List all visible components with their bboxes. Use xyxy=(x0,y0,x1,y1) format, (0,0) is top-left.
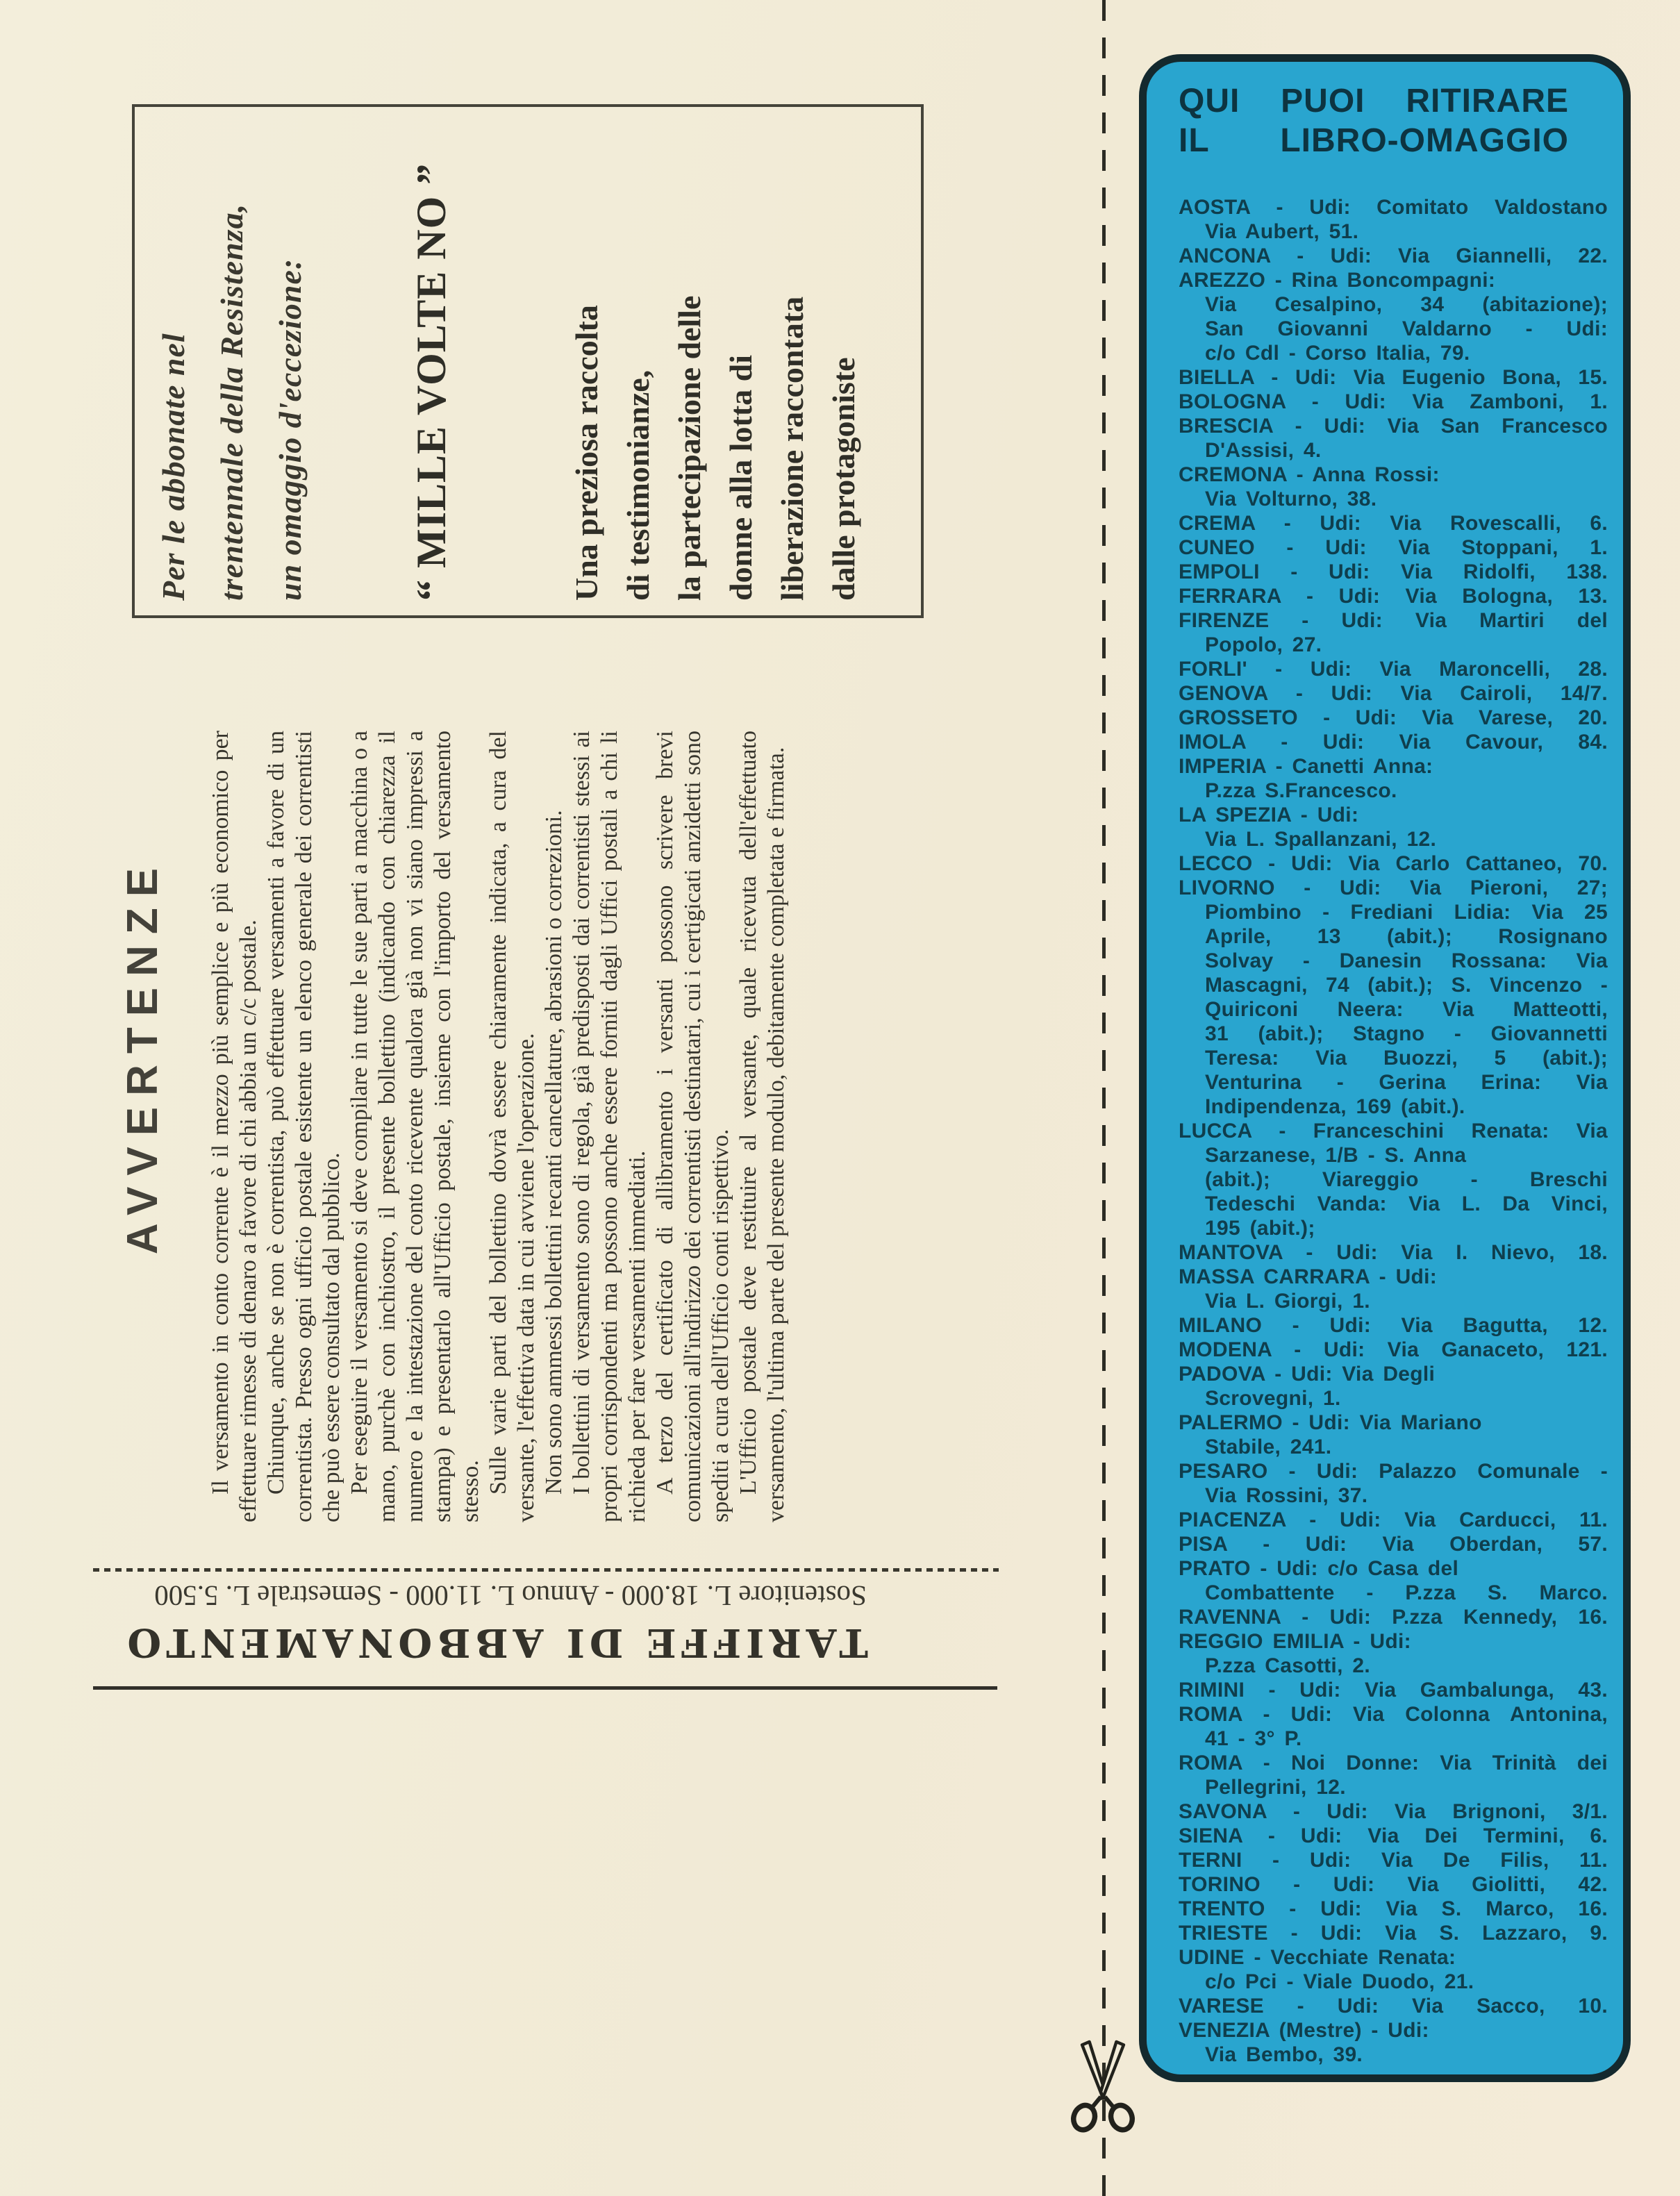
pickup-entry-line: Sarzanese, 1/B - S. Anna xyxy=(1179,1143,1608,1167)
pickup-entry: GENOVA - Udi: Via Cairoli, 14/7. xyxy=(1179,681,1608,706)
avvertenze-paragraphs: Il versamento in conto corrente è il mez… xyxy=(207,731,935,1522)
pickup-entry-line: Venturina - Gerina Erina: Via xyxy=(1179,1070,1608,1095)
pickup-entry-line: REGGIO EMILIA - Udi: xyxy=(1179,1629,1608,1654)
promo-intro-line: Per le abbonate nel xyxy=(144,122,203,601)
pickup-entry: AOSTA - Udi: Comitato ValdostanoVia Aube… xyxy=(1179,195,1608,244)
pickup-entry-line: VARESE - Udi: Via Sacco, 10. xyxy=(1179,1994,1608,2018)
pickup-entry: PADOVA - Udi: Via DegliScrovegni, 1. xyxy=(1179,1362,1608,1411)
promo-title: “ MILLE VOLTE NO ” xyxy=(404,122,458,601)
promo-intro: Per le abbonate neltrentennale della Res… xyxy=(144,122,319,601)
avvertenze-paragraph: Sulle varie parti del bollettino dovrà e… xyxy=(485,731,540,1522)
pickup-entry-line: Via Rossini, 37. xyxy=(1179,1483,1608,1508)
pickup-entry: FORLI' - Udi: Via Maroncelli, 28. xyxy=(1179,657,1608,681)
pickup-entry-line: Piombino - Frediani Lidia: Via 25 xyxy=(1179,900,1608,924)
pickup-panel: QUI PUOI RITIRARE IL LIBRO-OMAGGIO AOSTA… xyxy=(1139,54,1631,2082)
solid-rule xyxy=(93,1686,997,1690)
pickup-entry-line: ROMA - Noi Donne: Via Trinità dei xyxy=(1179,1751,1608,1775)
pickup-entry-line: Via Bembo, 39. xyxy=(1179,2043,1608,2067)
pickup-entry-line: RAVENNA - Udi: P.zza Kennedy, 16. xyxy=(1179,1605,1608,1629)
pickup-entry-line: 195 (abit.); xyxy=(1179,1216,1608,1240)
pickup-entry-line: Quiriconi Neera: Via Matteotti, xyxy=(1179,997,1608,1022)
pickup-entry-line: Stabile, 241. xyxy=(1179,1435,1608,1459)
pickup-entry-line: Mascagni, 74 (abit.); S. Vincenzo - xyxy=(1179,973,1608,997)
pickup-entry-line: Popolo, 27. xyxy=(1179,633,1608,657)
pickup-entry-line: IMPERIA - Canetti Anna: xyxy=(1179,754,1608,779)
pickup-entry-line: P.zza Casotti, 2. xyxy=(1179,1654,1608,1678)
pickup-entry-line: Aprile, 13 (abit.); Rosignano xyxy=(1179,924,1608,949)
pickup-entry: EMPOLI - Udi: Via Ridolfi, 138. xyxy=(1179,560,1608,584)
pickup-entry-line: FORLI' - Udi: Via Maroncelli, 28. xyxy=(1179,657,1608,681)
pickup-entry-line: P.zza S.Francesco. xyxy=(1179,779,1608,803)
pickup-entry: ANCONA - Udi: Via Giannelli, 22. xyxy=(1179,244,1608,268)
avvertenze-paragraph: Il versamento in conto corrente è il mez… xyxy=(207,731,263,1522)
promo-desc-line: liberazione raccontata xyxy=(767,122,818,601)
subscription-rates: Sostenitore L. 18.000 - Annuo L. 11.000 … xyxy=(66,1578,955,1614)
pickup-entry: PALERMO - Udi: Via MarianoStabile, 241. xyxy=(1179,1411,1608,1459)
pickup-entry-line: PESARO - Udi: Palazzo Comunale - xyxy=(1179,1459,1608,1483)
magazine-page: Per le abbonate neltrentennale della Res… xyxy=(0,0,1680,2196)
pickup-entry-line: CREMONA - Anna Rossi: xyxy=(1179,463,1608,487)
pickup-entry: MASSA CARRARA - Udi:Via L. Giorgi, 1. xyxy=(1179,1265,1608,1313)
pickup-entry: UDINE - Vecchiate Renata:c/o Pci - Viale… xyxy=(1179,1945,1608,1994)
pickup-entry: ROMA - Udi: Via Colonna Antonina,41 - 3°… xyxy=(1179,1702,1608,1751)
pickup-panel-title: QUI PUOI RITIRARE IL LIBRO-OMAGGIO xyxy=(1179,81,1569,160)
pickup-entry-line: TORINO - Udi: Via Giolitti, 42. xyxy=(1179,1872,1608,1897)
avvertenze-paragraph: A terzo del certificato di allibramento … xyxy=(651,731,735,1522)
pickup-entry: CUNEO - Udi: Via Stoppani, 1. xyxy=(1179,535,1608,560)
pickup-entry-line: Tedeschi Vanda: Via L. Da Vinci, xyxy=(1179,1192,1608,1216)
avvertenze-paragraph: Per eseguire il versamento si deve compi… xyxy=(346,731,485,1522)
pickup-entry: VENEZIA (Mestre) - Udi:Via Bembo, 39. xyxy=(1179,2018,1608,2067)
pickup-entry-line: c/o Pci - Viale Duodo, 21. xyxy=(1179,1970,1608,1994)
pickup-entry: RAVENNA - Udi: P.zza Kennedy, 16. xyxy=(1179,1605,1608,1629)
pickup-entry: LECCO - Udi: Via Carlo Cattaneo, 70. xyxy=(1179,851,1608,876)
pickup-entry: GROSSETO - Udi: Via Varese, 20. xyxy=(1179,706,1608,730)
pickup-entry-line: EMPOLI - Udi: Via Ridolfi, 138. xyxy=(1179,560,1608,584)
pickup-entry: REGGIO EMILIA - Udi:P.zza Casotti, 2. xyxy=(1179,1629,1608,1678)
pickup-entry-line: PISA - Udi: Via Oberdan, 57. xyxy=(1179,1532,1608,1556)
pickup-entry: PIACENZA - Udi: Via Carducci, 11. xyxy=(1179,1508,1608,1532)
pickup-entry-line: LUCCA - Franceschini Renata: Via xyxy=(1179,1119,1608,1143)
pickup-entry-line: TRENTO - Udi: Via S. Marco, 16. xyxy=(1179,1897,1608,1921)
avvertenze-paragraph: Chiunque, anche se non è correntista, pu… xyxy=(263,731,346,1522)
pickup-entry: TRIESTE - Udi: Via S. Lazzaro, 9. xyxy=(1179,1921,1608,1945)
promo-desc-line: dalle protagoniste xyxy=(818,122,870,601)
dotted-rule xyxy=(93,1568,999,1572)
pickup-entry-line: GROSSETO - Udi: Via Varese, 20. xyxy=(1179,706,1608,730)
pickup-entry-line: LA SPEZIA - Udi: xyxy=(1179,803,1608,827)
pickup-entry-line: IMOLA - Udi: Via Cavour, 84. xyxy=(1179,730,1608,754)
pickup-entry-line: c/o Cdl - Corso Italia, 79. xyxy=(1179,341,1608,365)
pickup-entry-line: Via Aubert, 51. xyxy=(1179,219,1608,244)
pickup-entry: PRATO - Udi: c/o Casa delCombattente - P… xyxy=(1179,1556,1608,1605)
pickup-entry-line: SIENA - Udi: Via Dei Termini, 6. xyxy=(1179,1824,1608,1848)
pickup-entry-line: ROMA - Udi: Via Colonna Antonina, xyxy=(1179,1702,1608,1727)
pickup-entry-line: BOLOGNA - Udi: Via Zamboni, 1. xyxy=(1179,390,1608,414)
promo-desc-line: donne alla lotta di xyxy=(715,122,767,601)
pickup-entry: CREMA - Udi: Via Rovescalli, 6. xyxy=(1179,511,1608,535)
pickup-entry-line: FIRENZE - Udi: Via Martiri del xyxy=(1179,608,1608,633)
pickup-entry-line: PIACENZA - Udi: Via Carducci, 11. xyxy=(1179,1508,1608,1532)
promo-intro-line: un omaggio d'eccezione: xyxy=(261,122,319,601)
pickup-entry-line: LIVORNO - Udi: Via Pieroni, 27; xyxy=(1179,876,1608,900)
pickup-entry-line: PRATO - Udi: c/o Casa del xyxy=(1179,1556,1608,1581)
pickup-entry: AREZZO - Rina Boncompagni:Via Cesalpino,… xyxy=(1179,268,1608,365)
pickup-entry-line: UDINE - Vecchiate Renata: xyxy=(1179,1945,1608,1970)
pickup-entry: BOLOGNA - Udi: Via Zamboni, 1. xyxy=(1179,390,1608,414)
pickup-entry-line: 31 (abit.); Stagno - Giovannetti xyxy=(1179,1022,1608,1046)
pickup-entry-line: Combattente - P.zza S. Marco. xyxy=(1179,1581,1608,1605)
pickup-entry-line: MODENA - Udi: Via Ganaceto, 121. xyxy=(1179,1338,1608,1362)
avvertenze-heading-box: AVVERTENZE xyxy=(110,783,176,1328)
pickup-entry: VARESE - Udi: Via Sacco, 10. xyxy=(1179,1994,1608,2018)
pickup-entry-line: FERRARA - Udi: Via Bologna, 13. xyxy=(1179,584,1608,608)
pickup-entry: IMOLA - Udi: Via Cavour, 84. xyxy=(1179,730,1608,754)
scissors-icon xyxy=(1066,2038,1140,2136)
pickup-entry: MANTOVA - Udi: Via I. Nievo, 18. xyxy=(1179,1240,1608,1265)
pickup-entry-line: BIELLA - Udi: Via Eugenio Bona, 15. xyxy=(1179,365,1608,390)
pickup-entry-line: MANTOVA - Udi: Via I. Nievo, 18. xyxy=(1179,1240,1608,1265)
pickup-entry-line: (abit.); Viareggio - Breschi xyxy=(1179,1167,1608,1192)
pickup-entry-line: AOSTA - Udi: Comitato Valdostano xyxy=(1179,195,1608,219)
pickup-entry-line: CUNEO - Udi: Via Stoppani, 1. xyxy=(1179,535,1608,560)
pickup-entry: ROMA - Noi Donne: Via Trinità deiPellegr… xyxy=(1179,1751,1608,1799)
pickup-entry-line: Via L. Spallanzani, 12. xyxy=(1179,827,1608,851)
pickup-entry-line: 41 - 3° P. xyxy=(1179,1727,1608,1751)
avvertenze-paragraph: L'Ufficio postale deve restituire al ver… xyxy=(735,731,790,1522)
pickup-entry-line: RIMINI - Udi: Via Gambalunga, 43. xyxy=(1179,1678,1608,1702)
promo-box: Per le abbonate neltrentennale della Res… xyxy=(132,104,924,618)
avvertenze-paragraph: Non sono ammessi bollettini recanti canc… xyxy=(540,731,568,1522)
pickup-entry: TRENTO - Udi: Via S. Marco, 16. xyxy=(1179,1897,1608,1921)
pickup-entry-line: Via L. Giorgi, 1. xyxy=(1179,1289,1608,1313)
pickup-entry: IMPERIA - Canetti Anna:P.zza S.Francesco… xyxy=(1179,754,1608,803)
pickup-entry: SIENA - Udi: Via Dei Termini, 6. xyxy=(1179,1824,1608,1848)
cut-line xyxy=(1102,0,1106,2196)
pickup-entry-line: SAVONA - Udi: Via Brignoni, 3/1. xyxy=(1179,1799,1608,1824)
pickup-entry: CREMONA - Anna Rossi:Via Volturno, 38. xyxy=(1179,463,1608,511)
pickup-entry: MODENA - Udi: Via Ganaceto, 121. xyxy=(1179,1338,1608,1362)
promo-desc-line: la partecipazione delle xyxy=(664,122,715,601)
pickup-entry-line: Pellegrini, 12. xyxy=(1179,1775,1608,1799)
avvertenze-body-box: Il versamento in conto corrente è il mez… xyxy=(207,731,935,1522)
pickup-entry: PESARO - Udi: Palazzo Comunale -Via Ross… xyxy=(1179,1459,1608,1508)
pickup-entry: PISA - Udi: Via Oberdan, 57. xyxy=(1179,1532,1608,1556)
pickup-panel-title-line2: IL LIBRO-OMAGGIO xyxy=(1179,121,1569,160)
pickup-panel-title-line1: QUI PUOI RITIRARE xyxy=(1179,81,1569,121)
pickup-entry-line: TERNI - Udi: Via De Filis, 11. xyxy=(1179,1848,1608,1872)
pickup-entry-line: TRIESTE - Udi: Via S. Lazzaro, 9. xyxy=(1179,1921,1608,1945)
pickup-entry-line: BRESCIA - Udi: Via San Francesco xyxy=(1179,414,1608,438)
pickup-entry: FERRARA - Udi: Via Bologna, 13. xyxy=(1179,584,1608,608)
pickup-entry-line: GENOVA - Udi: Via Cairoli, 14/7. xyxy=(1179,681,1608,706)
pickup-entry: LA SPEZIA - Udi:Via L. Spallanzani, 12. xyxy=(1179,803,1608,851)
pickup-entry-line: ANCONA - Udi: Via Giannelli, 22. xyxy=(1179,244,1608,268)
pickup-entry: TORINO - Udi: Via Giolitti, 42. xyxy=(1179,1872,1608,1897)
promo-intro-line: trentennale della Resistenza, xyxy=(203,122,261,601)
promo-box-content: Per le abbonate neltrentennale della Res… xyxy=(144,122,911,601)
promo-desc-line: di testimonianze, xyxy=(613,122,664,601)
pickup-entry-line: PADOVA - Udi: Via Degli xyxy=(1179,1362,1608,1386)
pickup-entry: BRESCIA - Udi: Via San FrancescoD'Assisi… xyxy=(1179,414,1608,463)
pickup-entry-line: Via Volturno, 38. xyxy=(1179,487,1608,511)
pickup-entry-line: CREMA - Udi: Via Rovescalli, 6. xyxy=(1179,511,1608,535)
pickup-entry-line: PALERMO - Udi: Via Mariano xyxy=(1179,1411,1608,1435)
pickup-entry: SAVONA - Udi: Via Brignoni, 3/1. xyxy=(1179,1799,1608,1824)
pickup-entry: BIELLA - Udi: Via Eugenio Bona, 15. xyxy=(1179,365,1608,390)
promo-desc-line: Una preziosa raccolta xyxy=(561,122,613,601)
pickup-entry-line: D'Assisi, 4. xyxy=(1179,438,1608,463)
pickup-entry: RIMINI - Udi: Via Gambalunga, 43. xyxy=(1179,1678,1608,1702)
pickup-entry-line: San Giovanni Valdarno - Udi: xyxy=(1179,317,1608,341)
pickup-entry-line: AREZZO - Rina Boncompagni: xyxy=(1179,268,1608,292)
pickup-entry: LIVORNO - Udi: Via Pieroni, 27;Piombino … xyxy=(1179,876,1608,1119)
promo-description: Una preziosa raccoltadi testimonianze,la… xyxy=(561,122,870,601)
pickup-entry-line: Indipendenza, 169 (abit.). xyxy=(1179,1095,1608,1119)
pickup-entry-line: VENEZIA (Mestre) - Udi: xyxy=(1179,2018,1608,2043)
avvertenze-heading: AVVERTENZE xyxy=(110,783,176,1328)
pickup-entry: LUCCA - Franceschini Renata: ViaSarzanes… xyxy=(1179,1119,1608,1240)
pickup-entry: TERNI - Udi: Via De Filis, 11. xyxy=(1179,1848,1608,1872)
pickup-entry-line: Via Cesalpino, 34 (abitazione); xyxy=(1179,292,1608,317)
pickup-entry-line: MASSA CARRARA - Udi: xyxy=(1179,1265,1608,1289)
pickup-entry-list: AOSTA - Udi: Comitato ValdostanoVia Aube… xyxy=(1179,195,1608,2067)
pickup-entry-line: MILANO - Udi: Via Bagutta, 12. xyxy=(1179,1313,1608,1338)
pickup-entry-line: Scrovegni, 1. xyxy=(1179,1386,1608,1411)
avvertenze-paragraph: I bollettini di versamento sono di regol… xyxy=(568,731,651,1522)
pickup-entry: FIRENZE - Udi: Via Martiri delPopolo, 27… xyxy=(1179,608,1608,657)
pickup-entry-line: Teresa: Via Buozzi, 5 (abit.); xyxy=(1179,1046,1608,1070)
pickup-entry: MILANO - Udi: Via Bagutta, 12. xyxy=(1179,1313,1608,1338)
pickup-entry-line: LECCO - Udi: Via Carlo Cattaneo, 70. xyxy=(1179,851,1608,876)
pickup-entry-line: Solvay - Danesin Rossana: Via xyxy=(1179,949,1608,973)
tariffe-heading: TARIFFE DI ABBONAMENTO xyxy=(194,1620,868,1665)
